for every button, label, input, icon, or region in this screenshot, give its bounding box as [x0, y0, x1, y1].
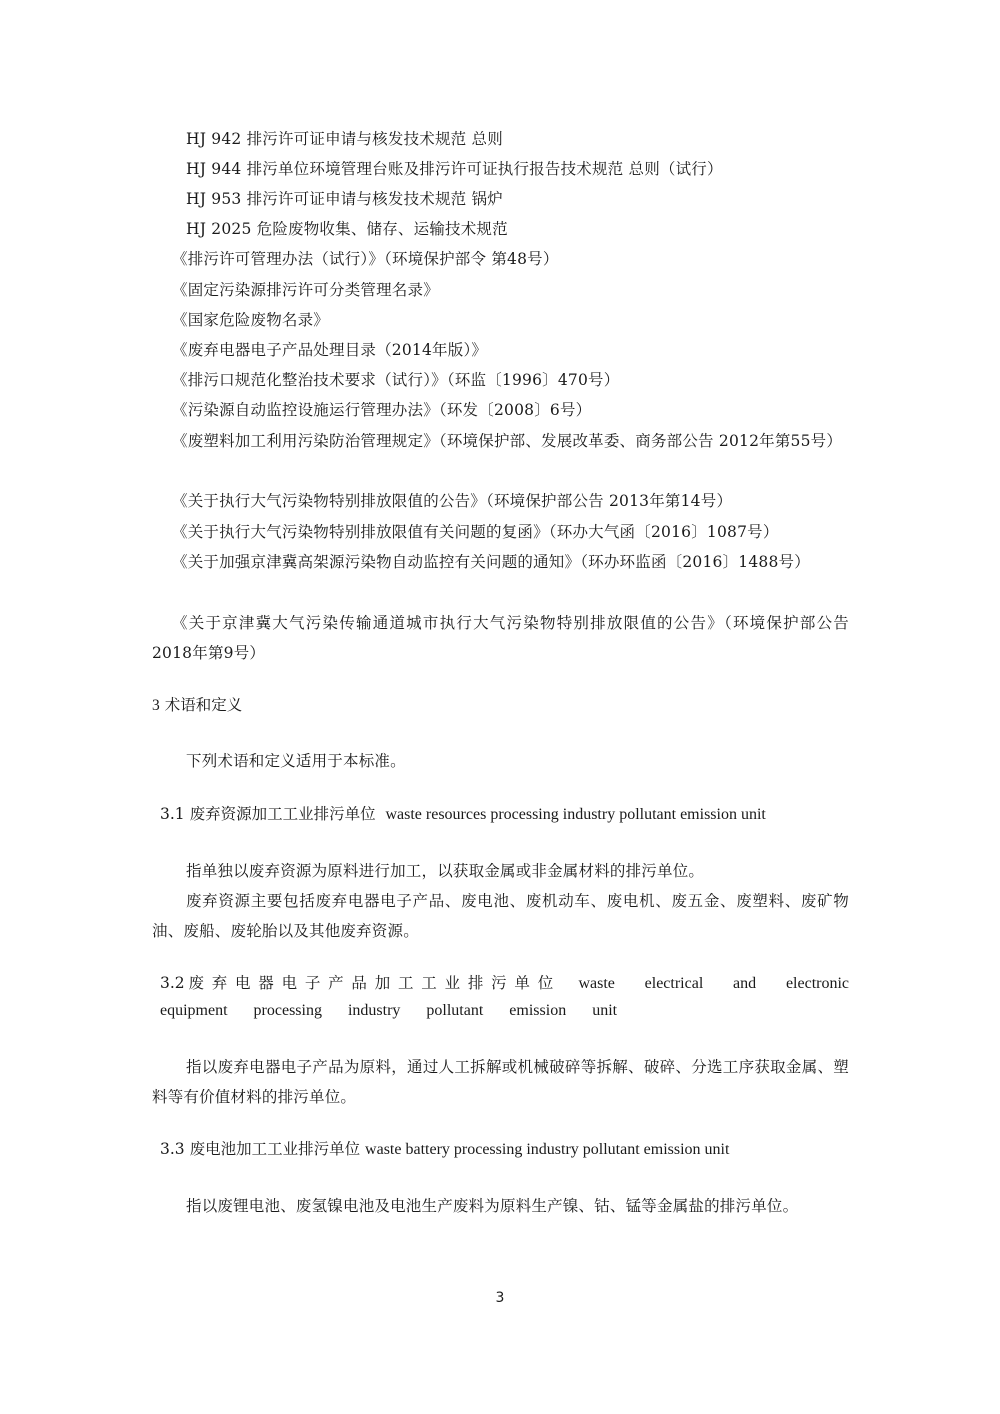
section-heading: 3 术语和定义	[152, 690, 242, 721]
reference-item: HJ 942 排污许可证申请与核发技术规范 总则	[152, 124, 883, 154]
reference-item: 《关于执行大气污染物特别排放限值的公告》（环境保护部公告 2013年第14号）	[152, 486, 869, 516]
reference-item: 《关于加强京津冀高架源污染物自动监控有关问题的通知》（环办环监函〔2016〕14…	[152, 547, 849, 577]
document-page: HJ 942 排污许可证申请与核发技术规范 总则 HJ 944 排污单位环境管理…	[0, 0, 1000, 1414]
term-heading-3-3: 3.3 废电池加工工业排污单位 waste battery processing…	[160, 1136, 849, 1163]
section-number: 3	[152, 697, 160, 714]
term-cn: 废电池加工工业排污单位	[190, 1140, 361, 1158]
term-number: 3.1	[160, 805, 185, 823]
reference-item: HJ 2025 危险废物收集、储存、运输技术规范	[152, 214, 883, 244]
term-heading-3-1: 3.1 废弃资源加工工业排污单位 waste resources process…	[160, 801, 849, 828]
reference-item: 《排污许可管理办法（试行）》（环境保护部令 第48号）	[152, 244, 869, 274]
reference-item: 《废弃电器电子产品处理目录（2014年版）》	[152, 335, 869, 365]
reference-item: HJ 944 排污单位环境管理台账及排污许可证执行报告技术规范 总则（试行）	[152, 154, 883, 184]
reference-item: 《关于执行大气污染物特别排放限值有关问题的复函》（环办大气函〔2016〕1087…	[152, 517, 869, 547]
term-paragraph: 指单独以废弃资源为原料进行加工，以获取金属或非金属材料的排污单位。	[152, 856, 849, 886]
reference-item: 《关于京津冀大气污染传输通道城市执行大气污染物特别排放限值的公告》（环境保护部公…	[152, 608, 849, 668]
reference-item: 《固定污染源排污许可分类管理名录》	[152, 275, 869, 305]
term-heading-3-2: 3.2废弃电器电子产品加工工业排污单位 waste electrical and…	[160, 970, 849, 1024]
section-title: 术语和定义	[165, 696, 243, 714]
page-number: 3	[0, 1290, 1000, 1306]
reference-item: 《排污口规范化整治技术要求（试行）》（环监〔1996〕470号）	[152, 365, 869, 395]
section-intro: 下列术语和定义适用于本标准。	[152, 746, 883, 776]
term-paragraph: 指以废锂电池、废氢镍电池及电池生产废料为原料生产镍、钴、锰等金属盐的排污单位。	[152, 1191, 849, 1221]
term-cn: 废弃电器电子产品加工工业排污单位	[185, 974, 561, 992]
reference-item: HJ 953 排污许可证申请与核发技术规范 锅炉	[152, 184, 883, 214]
term-paragraph: 废弃资源主要包括废弃电器电子产品、废电池、废机动车、废电机、废五金、废塑料、废矿…	[152, 886, 849, 946]
reference-item: 《污染源自动监控设施运行管理办法》（环发〔2008〕6号）	[152, 395, 869, 425]
reference-item: 《国家危险废物名录》	[152, 305, 869, 335]
term-en: waste battery processing industry pollut…	[365, 1141, 729, 1158]
term-number: 3.2	[160, 974, 185, 992]
term-en: waste resources processing industry poll…	[385, 806, 765, 823]
term-number: 3.3	[160, 1140, 185, 1158]
term-paragraph: 指以废弃电器电子产品为原料，通过人工拆解或机械破碎等拆解、破碎、分选工序获取金属…	[152, 1052, 849, 1112]
reference-item: 《废塑料加工利用污染防治管理规定》（环境保护部、发展改革委、商务部公告 2012…	[152, 426, 849, 456]
term-cn: 废弃资源加工工业排污单位	[190, 805, 376, 823]
